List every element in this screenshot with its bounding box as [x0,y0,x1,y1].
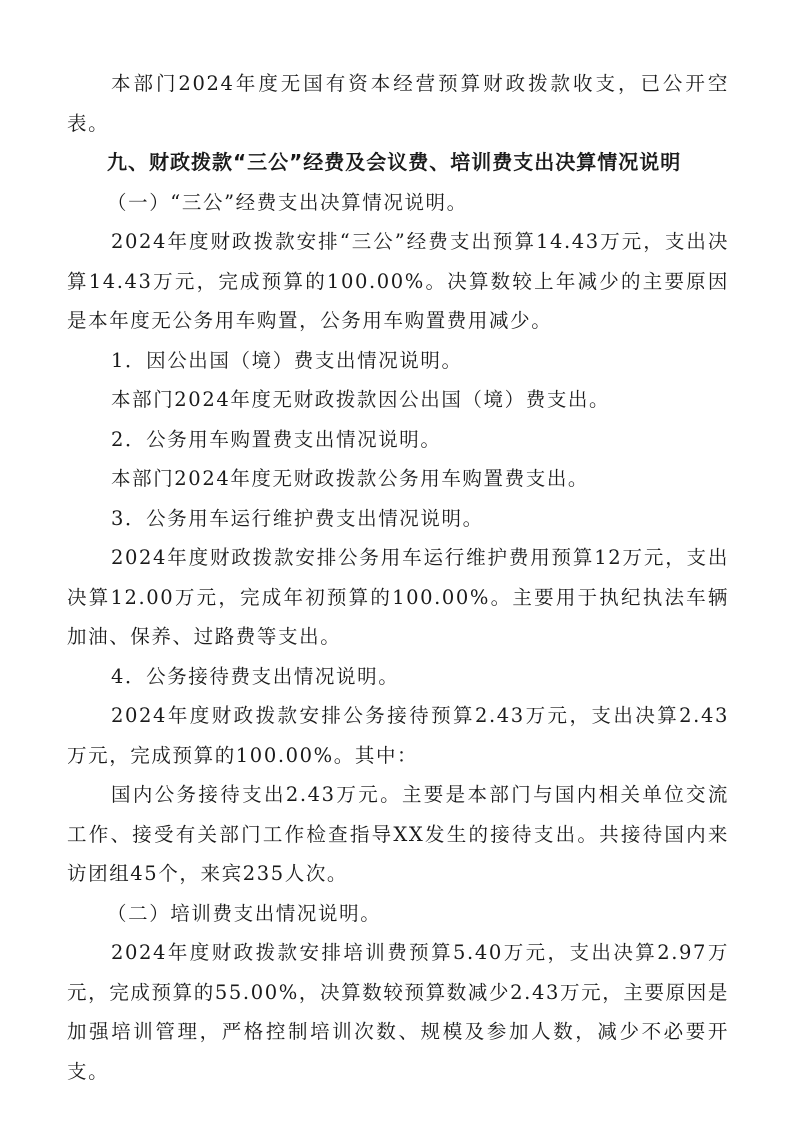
subheading-vehicle-purchase: 2．公务用车购置费支出情况说明。 [67,420,729,460]
section-heading-nine: 九、财政拨款“三公”经费及会议费、培训费支出决算情况说明 [67,143,729,183]
paragraph-three-public-summary: 2024年度财政拨款安排“三公”经费支出预算14.43万元，支出决算14.43万… [67,222,729,341]
paragraph-overseas-travel: 本部门2024年度无财政拨款因公出国（境）费支出。 [67,380,729,420]
paragraph-state-capital-budget: 本部门2024年度无国有资本经营预算财政拨款收支，已公开空表。 [67,64,729,143]
subheading-vehicle-maintenance: 3．公务用车运行维护费支出情况说明。 [67,499,729,539]
subheading-three-public-expenses: （一）“三公”经费支出决算情况说明。 [67,183,729,223]
paragraph-domestic-reception: 国内公务接待支出2.43万元。主要是本部门与国内相关单位交流工作、接受有关部门工… [67,775,729,894]
subheading-overseas-travel: 1．因公出国（境）费支出情况说明。 [67,341,729,381]
subheading-official-reception: 4．公务接待费支出情况说明。 [67,657,729,697]
document-page: 本部门2024年度无国有资本经营预算财政拨款收支，已公开空表。 九、财政拨款“三… [67,64,729,1091]
paragraph-vehicle-maintenance: 2024年度财政拨款安排公务用车运行维护费用预算12万元，支出决算12.00万元… [67,538,729,657]
paragraph-official-reception: 2024年度财政拨款安排公务接待预算2.43万元，支出决算2.43万元，完成预算… [67,696,729,775]
subheading-training-expenses: （二）培训费支出情况说明。 [67,894,729,934]
paragraph-vehicle-purchase: 本部门2024年度无财政拨款公务用车购置费支出。 [67,459,729,499]
paragraph-training-expenses: 2024年度财政拨款安排培训费预算5.40万元，支出决算2.97万元，完成预算的… [67,933,729,1091]
